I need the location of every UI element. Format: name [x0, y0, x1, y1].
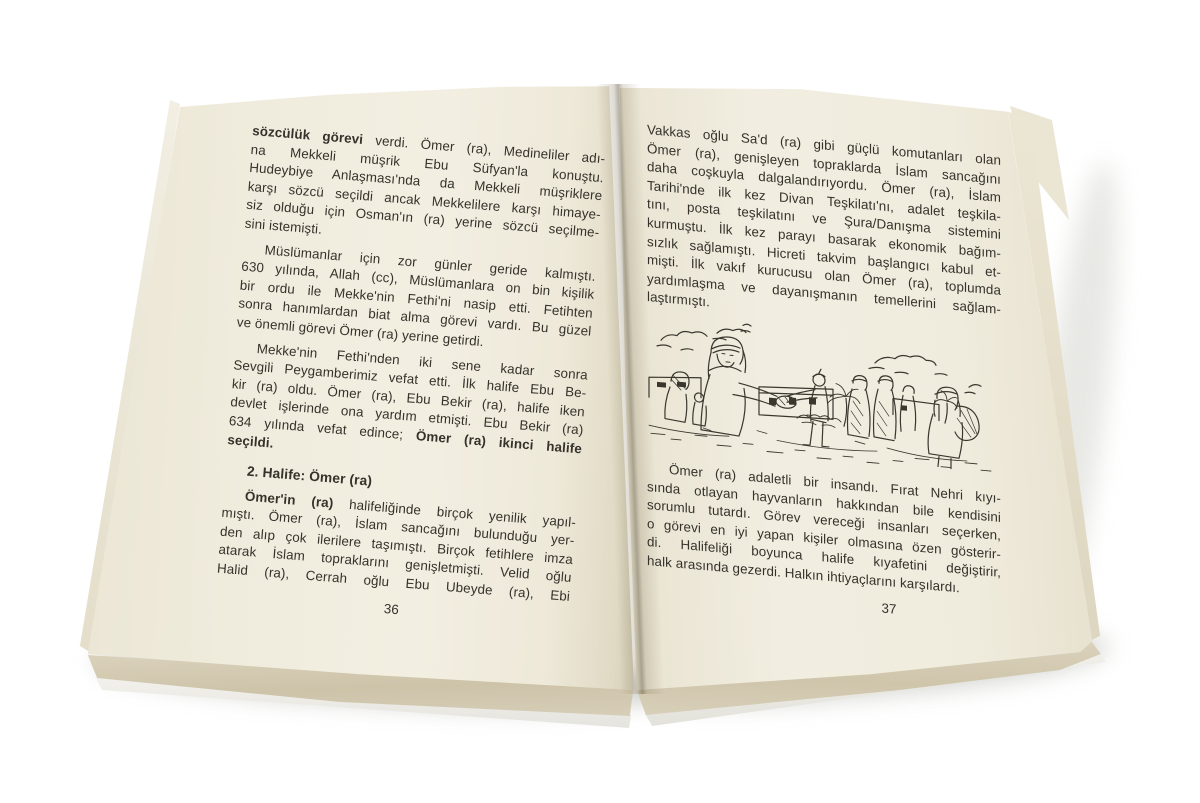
page-left-content: sözcülük görevi verdi. Ömer (ra), Medine… [214, 122, 606, 633]
illustration-omer-charity-sketch [647, 313, 1001, 484]
page-left-text: sözcülük görevi verdi. Ömer (ra), Medine… [216, 122, 606, 607]
paragraph: Mekke'nin Fethi'nden iki sene kadar sonr… [227, 338, 589, 478]
paragraph: Ömer (ra) adaletli bir insandı. Fırat Ne… [647, 459, 1001, 602]
page-right-content: Vakkas oğlu Sa'd (ra) gibi güçlü komutan… [647, 121, 1001, 628]
paragraph: Vakkas oğlu Sa'd (ra) gibi güçlü komutan… [647, 121, 1001, 338]
photo-scene: sözcülük görevi verdi. Ömer (ra), Medine… [0, 0, 1200, 803]
page-right-text: Vakkas oğlu Sa'd (ra) gibi güçlü komutan… [647, 121, 1001, 601]
paragraph: Ömer'in (ra) halifeliğinde birçok yenili… [216, 486, 576, 607]
